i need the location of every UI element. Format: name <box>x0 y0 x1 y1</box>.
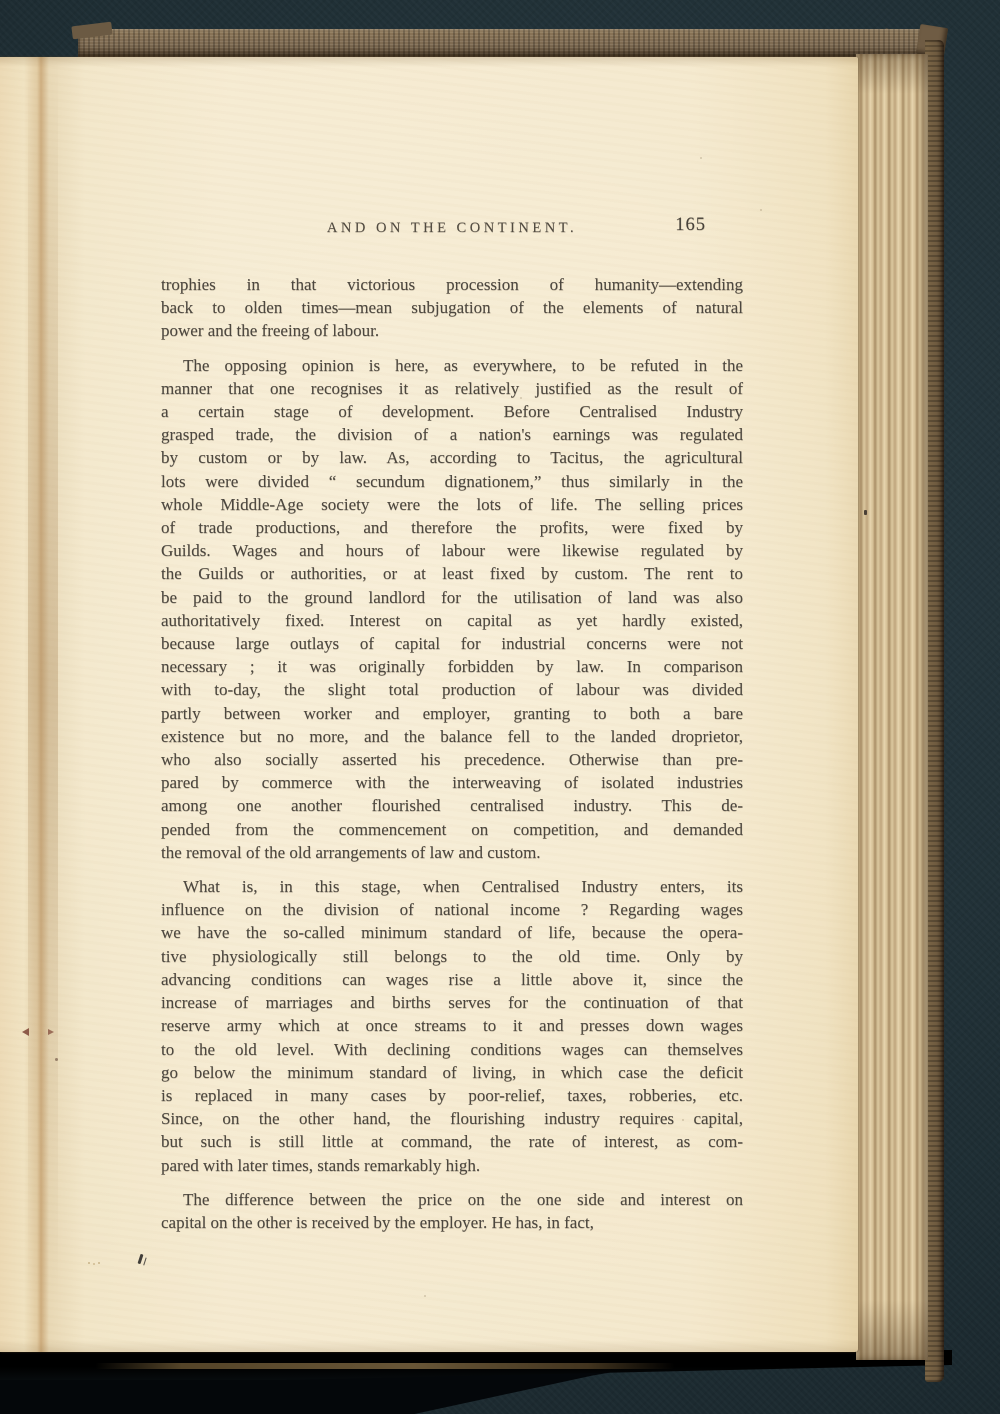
text-line: pared with later times, stands remarkabl… <box>161 1154 743 1177</box>
text-line: necessary ; it was originally forbidden … <box>161 655 743 678</box>
text-line: The difference between the price on the … <box>161 1188 743 1211</box>
book-cover-top-edge <box>78 29 938 57</box>
gutter-crease <box>28 57 58 1352</box>
text-line: existence but no more, and the balance f… <box>161 725 743 748</box>
text-line: we have the so-called minimum standard o… <box>161 921 743 944</box>
text-line: a certain stage of development. Before C… <box>161 400 743 423</box>
text-line: go below the minimum standard of living,… <box>161 1061 743 1084</box>
text-line: advancing conditions can wages rise a li… <box>161 968 743 991</box>
paper-speck <box>320 619 322 621</box>
paragraph: The opposing opinion is here, as everywh… <box>161 354 743 864</box>
text-line: with to-day, the slight total production… <box>161 678 743 701</box>
margin-mark-dot <box>55 1058 58 1061</box>
bottom-cover-edge-highlight <box>95 1363 675 1369</box>
paper-speck <box>682 1119 684 1121</box>
page-edge-stack <box>856 54 928 1360</box>
page-edge-speck <box>864 510 867 515</box>
text-line: authoritatively fixed. Interest on capit… <box>161 609 743 632</box>
text-line: back to olden times—mean subjugation of … <box>161 296 743 319</box>
paper-speck <box>262 959 264 961</box>
text-line: whole Middle-Age society were the lots o… <box>161 493 743 516</box>
text-line: because large outlays of capital for ind… <box>161 632 743 655</box>
text-line: tive physiologically still belongs to th… <box>161 945 743 968</box>
paper-speck <box>700 157 702 159</box>
book-page: AND ON THE CONTINENT. 165 trophies in th… <box>0 57 858 1352</box>
paper-speck <box>520 397 522 399</box>
text-line: capital on the other is received by the … <box>161 1211 743 1234</box>
text-line: by custom or by law. As, according to Ta… <box>161 446 743 469</box>
text-line: partly between worker and employer, gran… <box>161 702 743 725</box>
page-number: 165 <box>675 214 706 237</box>
paper-speck <box>760 209 762 211</box>
text-line: lots were divided “ secundum dignationem… <box>161 470 743 493</box>
text-line: among one another flourished centralised… <box>161 794 743 817</box>
text-line: Guilds. Wages and hours of labour were l… <box>161 539 743 562</box>
margin-mark-right-triangle <box>48 1029 54 1035</box>
paragraph: The difference between the price on the … <box>161 1188 743 1234</box>
text-line: of trade productions, and therefore the … <box>161 516 743 539</box>
ink-smudge-mark <box>138 1254 144 1264</box>
text-line: to the old level. With declining conditi… <box>161 1038 743 1061</box>
text-line: influence on the division of national in… <box>161 898 743 921</box>
text-line: manner that one recognises it as relativ… <box>161 377 743 400</box>
running-title: AND ON THE CONTINENT. <box>161 217 743 240</box>
paragraph: trophies in that victorious procession o… <box>161 273 743 343</box>
text-line: reserve army which at once streams to it… <box>161 1014 743 1037</box>
paper-speck <box>424 1295 426 1297</box>
text-line: grasped trade, the division of a nation'… <box>161 423 743 446</box>
text-line: The opposing opinion is here, as everywh… <box>161 354 743 377</box>
text-line: the removal of the old arrangements of l… <box>161 841 743 864</box>
text-line: What is, in this stage, when Centralised… <box>161 875 743 898</box>
faint-print-dots <box>88 1262 90 1264</box>
text-line: pared by commerce with the interweaving … <box>161 771 743 794</box>
text-line: but such is still little at command, the… <box>161 1130 743 1153</box>
paragraph: What is, in this stage, when Centralised… <box>161 875 743 1177</box>
text-block: AND ON THE CONTINENT. 165 trophies in th… <box>161 217 743 1234</box>
text-line: is replaced in many cases by poor-relief… <box>161 1084 743 1107</box>
text-line: who also socially asserted his precedenc… <box>161 748 743 771</box>
text-line: the Guilds or authorities, or at least f… <box>161 562 743 585</box>
text-line: pended from the commencement on competit… <box>161 818 743 841</box>
text-line: trophies in that victorious procession o… <box>161 273 743 296</box>
text-line: Since, on the other hand, the flourishin… <box>161 1107 743 1130</box>
paper-speck <box>612 761 614 763</box>
text-line: power and the freeing of labour. <box>161 319 743 342</box>
page-header: AND ON THE CONTINENT. 165 <box>161 217 743 273</box>
margin-mark-left-triangle <box>22 1028 29 1036</box>
text-line: increase of marriages and births serves … <box>161 991 743 1014</box>
text-line: be paid to the ground landlord for the u… <box>161 586 743 609</box>
